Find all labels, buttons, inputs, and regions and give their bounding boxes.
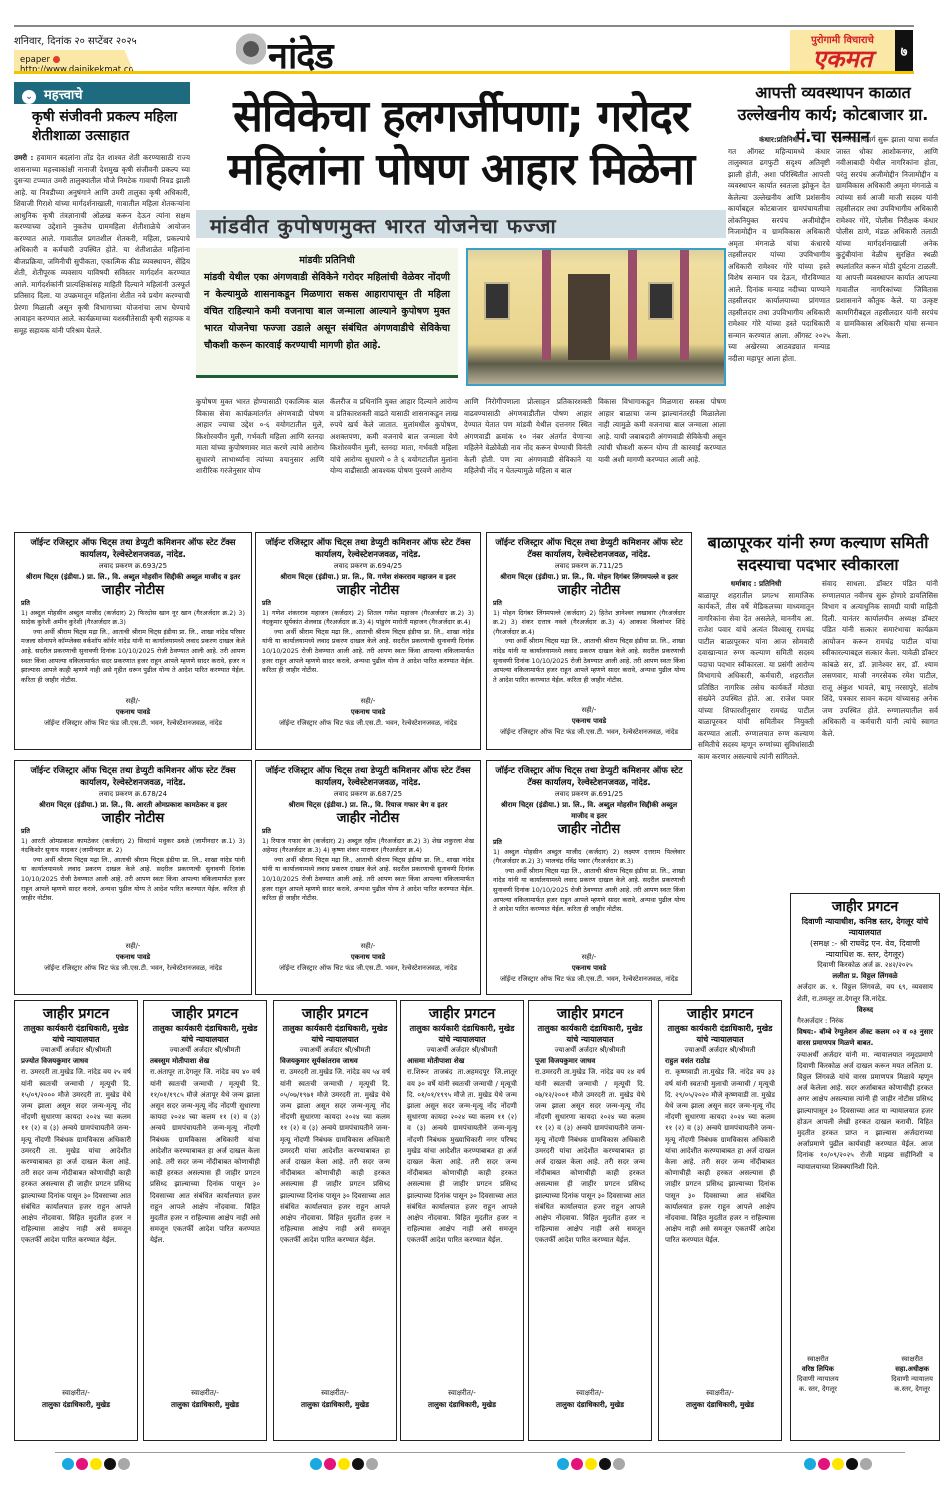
notice-body: रा.शिरूर ताजबंद ता.अहमदपूर जि.लातूर वय ३… (407, 1067, 517, 1387)
notice-prati: प्रति (493, 838, 685, 848)
color-dot-icon (62, 1458, 74, 1470)
notice-applicant: पूजा विजयकुमार जाधव (535, 1056, 645, 1067)
main-intro: मांडवीः प्रतिनिधी मांडवी येथील एका अंगणव… (196, 248, 458, 378)
notice-court: तालुका कार्यकारी दंडाधिकारी, मुखेड यांचे… (150, 1023, 260, 1045)
notice-court: तालुका कार्यकारी दंडाधिकारी, मुखेड यांचे… (535, 1023, 645, 1045)
notice-applicant: तबस्सुम मोतीपाशा शेख (150, 1056, 260, 1067)
color-dot-icon (818, 1458, 830, 1470)
notice-sign: स्वाक्षरीत/- (407, 1387, 517, 1399)
notice-title: जाहीर प्रगटन (280, 1005, 390, 1023)
color-dot-icon (846, 1458, 858, 1470)
sign-title: सहा.अधीक्षक (891, 1364, 933, 1374)
notice-signatory: एकनाथ पावडे (493, 716, 685, 727)
notice-court: तालुका कार्यकारी दंडाधिकारी, मुखेड यांचे… (665, 1023, 775, 1045)
photo-door (568, 274, 610, 360)
notice-signatory: एकनाथ पावडे (262, 707, 474, 718)
cmyk-dots (310, 1458, 378, 1470)
notice-party: श्रीराम चिट्स (इंडीया.) प्रा. लि., वि. अ… (493, 800, 685, 822)
notice-sign: सही/- (493, 705, 685, 716)
notice-applicant: प्रज्योत विजयकुमार जाधव (21, 1056, 131, 1067)
notice-applicant: आसमा मोतीपाशा शेख (407, 1056, 517, 1067)
notice-party: श्रीराम चिट्स (इंडीया.) प्रा. लि., वि. अ… (21, 572, 245, 583)
notice-body: रा.अंतापूर ता.देगलूर जि. नांदेड वय ४० वर… (150, 1067, 260, 1387)
notice-before: (समक्ष :- श्री राघवेंद्र एन. वेव, दिवाणी… (797, 938, 933, 960)
notice-body: रा. उमरदरी ता.मुखेड जि. नांदेड वय ५४ वर्… (280, 1067, 390, 1387)
notice-sign: स्वाक्षरीत/- (280, 1387, 390, 1399)
color-dot-icon (338, 1458, 350, 1470)
masthead-tagline: पुरोगामी विचाराचे (790, 32, 895, 46)
photo-pillar (542, 250, 551, 360)
photo-window (484, 282, 510, 320)
notice-prati: प्रति (262, 827, 474, 837)
notice-party: श्रीराम चिट्स (इंडीया.) प्रा. लि., वि. म… (493, 572, 685, 583)
notice-applicant: अर्जदार क्र. १. विठ्ठल लिंगवळे, वय ६९, व… (797, 982, 933, 1004)
notice-court: तालुका कार्यकारी दंडाधिकारी, मुखेड यांचे… (21, 1023, 131, 1045)
notice-case: लवाद प्रकरण क्र.687/25 (262, 789, 474, 800)
notice-versus: विरुध्द (797, 1005, 933, 1016)
top-rule (14, 25, 914, 27)
color-dot-icon (557, 1458, 569, 1470)
city-emblem-icon (236, 28, 266, 70)
color-dot-icon (310, 1458, 322, 1470)
notice-respondents: 1) रियाज गफार बेग (कर्जदार) 2) अब्दुल रह… (262, 837, 474, 856)
notice-case: लवाद प्रकरण क्र.678/24 (21, 789, 245, 800)
legal-notice: जॉईन्ट रजिस्ट्रार ऑफ चिट्स तथा डेप्युटी … (14, 532, 252, 750)
notice-sign: सही/- (262, 941, 474, 952)
main-dateline: मांडवीः प्रतिनिधी (204, 252, 450, 269)
main-column: आणि निरोगीपणाला प्रोत्साहन प्रतिकारशक्ती… (464, 396, 592, 526)
notice-designation: जॉईन्ट रजिस्ट्रार ऑफ चिट फंड जी.एस.टी. भ… (21, 718, 245, 729)
notice-case: दिवाणी किरकोळ अर्ज क्र. २४२/२०२५ (797, 960, 933, 971)
notice-court: दिवाणी न्यायाधीश, कनिष्ठ स्तर, देगलूर या… (797, 916, 933, 938)
notice-sign: स्वाक्षरीत/- (535, 1387, 645, 1399)
notice-lead: ज्याअर्थी अर्जदार श्री/श्रीमती (407, 1045, 517, 1056)
notice-officer: तालुका दंडाधिकारी, मुखेड (535, 1399, 645, 1411)
main-column: कुपोषण मुक्त भारत होण्यासाठी एकात्मिक बा… (196, 396, 324, 526)
notice-court: तालुका कार्यकारी दंडाधिकारी, मुखेड यांचे… (280, 1023, 390, 1045)
main-intro-text: मांडवी येथील एका अंगणवाडी सेविकेने गरोदर… (204, 272, 450, 351)
notice-signatures: स्वाक्षरीत वरिष्ठ लिपिक दिवाणी न्यायालय … (797, 1354, 933, 1394)
notice-case: लवाद प्रकरण क्र.711/25 (493, 561, 685, 572)
color-dot-icon (571, 1458, 583, 1470)
notice-sign: सही/- (21, 941, 245, 952)
color-dot-icon (366, 1458, 378, 1470)
notice-body: ज्याअर्थी अर्जदार यांनी मा. न्यायालयात न… (797, 1050, 933, 1350)
brief-body: उमरी : हवामान बदलांना तोंड देत शाश्वत शे… (14, 152, 190, 524)
cmyk-dots (804, 1458, 872, 1470)
notice-signatory: एकनाथ पावडे (21, 952, 245, 963)
color-dot-icon (118, 1458, 130, 1470)
color-dot-icon (104, 1458, 116, 1470)
notice-office: जॉईन्ट रजिस्ट्रार ऑफ चिट्स तथा डेप्युटी … (262, 765, 474, 789)
balapur-headline: बाळापूरकर यांनी रुग्ण कल्याण समिती सदस्य… (698, 532, 938, 576)
notice-body: रा. उमरदरी ता.मुखेड जि. नांदेड वय २५ वर्… (21, 1067, 131, 1387)
photo-pillar (628, 250, 637, 360)
public-notice-pragtan: जाहीर प्रगटनतालुका कार्यकारी दंडाधिकारी,… (14, 1000, 138, 1441)
color-dot-icon (804, 1458, 816, 1470)
civil-court-notice: जाहीर प्रगटन दिवाणी न्यायाधीश, कनिष्ठ स्… (790, 893, 940, 1441)
epaper-globe-icon (53, 56, 60, 63)
color-dot-icon (860, 1458, 872, 1470)
page-number: ७ (895, 30, 913, 72)
notice-title: जाहीर प्रगटन (150, 1005, 260, 1023)
notice-title: जाहीर प्रगटन (797, 898, 933, 916)
brief-dateline: उमरी : (14, 153, 33, 162)
public-notice-pragtan: जाहीर प्रगटनतालुका कार्यकारी दंडाधिकारी,… (273, 1000, 397, 1441)
main-body-columns: कुपोषण मुक्त भारत होण्यासाठी एकात्मिक बा… (196, 396, 726, 526)
notice-body: ज्या अर्थी श्रीराम चिट्स मद्रा लि., आताच… (262, 856, 474, 941)
notice-applicant: विजयकुमार सूर्यकांतराव जाधव (280, 1056, 390, 1067)
notice-officer: तालुका दंडाधिकारी, मुखेड (21, 1399, 131, 1411)
notice-title: जाहीर प्रगटन (407, 1005, 517, 1023)
notice-prati: प्रति (262, 599, 474, 609)
notice-office: जॉईन्ट रजिस्ट्रार ऑफ चिट्स तथा डेप्युटी … (493, 537, 685, 561)
chevron-down-icon: ⌄ (22, 90, 36, 104)
public-notice-pragtan: जाहीर प्रगटनतालुका कार्यकारी दंडाधिकारी,… (143, 1000, 267, 1441)
notice-court: तालुका कार्यकारी दंडाधिकारी, मुखेड यांचे… (407, 1023, 517, 1045)
notice-signatory: एकनाथ पावडे (262, 952, 474, 963)
issue-date: शनिवार, दिनांक २० सप्टेंबर २०२५ (14, 33, 137, 47)
notice-office: जॉईन्ट रजिस्ट्रार ऑफ चिट्स तथा डेप्युटी … (493, 765, 685, 789)
anganwadi-photo (466, 248, 726, 386)
right-column: पाण्याचा विसर्ग सुरू झाला याचा सर्वात जा… (836, 134, 938, 526)
notice-prati: प्रति (21, 599, 245, 609)
sign-court: दिवाणी न्यायालय (891, 1374, 933, 1384)
main-column: कॅलरीज व प्रथिनांनि युक्त आहार दिल्याने … (330, 396, 458, 526)
balapur-column-text: बाळापूर शहरातील प्रगल्भ सामाजिक कार्यकर्… (698, 591, 814, 761)
notice-body: ज्या अर्थी श्रीराम चिट्स मद्रा लि., आताच… (493, 637, 685, 705)
notice-respondents: 1) अब्दुल मोहसीन अब्दुल माजीद (कर्जदार) … (493, 848, 685, 867)
notice-case: लवाद प्रकरण क्र.693/25 (21, 561, 245, 572)
legal-notice: जॉईन्ट रजिस्ट्रार ऑफ चिट्स तथा डेप्युटी … (486, 532, 692, 750)
balapur-dateline: धर्माबाद : प्रतिनिधी (698, 578, 814, 590)
notice-officer: तालुका दंडाधिकारी, मुखेड (407, 1399, 517, 1411)
epaper-link[interactable]: epaperhttp://www.dainikekmat.com (14, 50, 134, 72)
notice-signatory: एकनाथ पावडे (21, 707, 245, 718)
notice-office: जॉईन्ट रजिस्ट्रार ऑफ चिट्स तथा डेप्युटी … (21, 765, 245, 789)
notice-office: जॉईन्ट रजिस्ट्रार ऑफ चिट्स तथा डेप्युटी … (21, 537, 245, 561)
public-notice-pragtan: जाहीर प्रगटनतालुका कार्यकारी दंडाधिकारी,… (400, 1000, 524, 1441)
color-dot-icon (599, 1458, 611, 1470)
notice-party: श्रीराम चिट्स (इंडीया.) प्रा. लि., वि. ग… (262, 572, 474, 583)
notice-title: जाहीर प्रगटन (535, 1005, 645, 1023)
color-dot-icon (832, 1458, 844, 1470)
notice-case: लवाद प्रकरण क्र.691/25 (493, 789, 685, 800)
notice-applicant: राहुल वसंत राठोड (665, 1056, 775, 1067)
right-column: कंधार:प्रतिनिधीगत ऑगस्ट महिन्यामध्ये कंध… (728, 134, 830, 526)
masthead: पुरोगामी विचाराचे एकमत (790, 30, 895, 72)
notice-title: जाहीर नोटीस (262, 811, 474, 827)
notice-prati: प्रति (21, 827, 245, 837)
balapur-column: धर्माबाद : प्रतिनिधीबाळापूर शहरातील प्रग… (698, 578, 814, 888)
cmyk-dots (557, 1458, 625, 1470)
notice-respondents: 1) आरती ओमप्रकाश कामठेकर (कर्जदार) 2) सि… (21, 837, 245, 856)
brief-text: हवामान बदलांना तोंड देत शाश्वत शेती करण्… (14, 153, 190, 335)
notice-title: जाहीर नोटीस (21, 811, 245, 827)
balapur-body-columns: धर्माबाद : प्रतिनिधीबाळापूर शहरातील प्रग… (698, 578, 938, 888)
main-column: विकास विभागाकडून मिळणारा सकस पोषण आहार ब… (598, 396, 726, 526)
notice-respondents: 1) अब्दुल मोहसीन अब्दुल माजीद (कर्जदार) … (21, 609, 245, 628)
notice-body: ज्या अर्थी श्रीराम चिट्स मद्रा लि., आताच… (21, 628, 245, 696)
public-notice-pragtan: जाहीर प्रगटनतालुका कार्यकारी दंडाधिकारी,… (528, 1000, 652, 1441)
color-dot-icon (90, 1458, 102, 1470)
photo-window (648, 282, 674, 320)
notice-title: जाहीर नोटीस (262, 583, 474, 599)
notice-lead: ज्याअर्थी अर्जदार श्री/श्रीमती (535, 1045, 645, 1056)
notice-party: श्रीराम चिट्स (इंडीया.) प्रा. लि., वि. र… (262, 800, 474, 811)
notice-subject: विषय:- बॉम्बे रेग्युलेशन ॲक्ट कलम ०२ व ०… (797, 1027, 933, 1049)
right-dateline: कंधार:प्रतिनिधी (728, 134, 830, 146)
registration-rule (55, 1452, 905, 1453)
notice-respondents: 1) गणेश शंकरराव महाजन (कर्जदार) 2) शितल … (262, 609, 474, 628)
photo-pillar (680, 250, 689, 360)
notice-designation: जॉईन्ट रजिस्ट्रार ऑफ चिट फंड जी.एस.टी. भ… (493, 727, 685, 738)
notice-designation: जॉईन्ट रजिस्ट्रार ऑफ चिट फंड जी.एस.टी. भ… (262, 718, 474, 729)
color-dot-icon (76, 1458, 88, 1470)
epaper-label: epaper (20, 55, 50, 65)
notice-body: रा.उमरदरी ता.मुखेड जि. नांदेड वय २४ वर्ष… (535, 1067, 645, 1387)
notice-lead: ज्याअर्थी अर्जदार श्री/श्रीमती (665, 1045, 775, 1056)
notice-office: जॉईन्ट रजिस्ट्रार ऑफ चिट्स तथा डेप्युटी … (262, 537, 474, 561)
legal-notice: जॉईन्ट रजिस्ट्रार ऑफ चिट्स तथा डेप्युटी … (255, 760, 481, 995)
notice-title: जाहीर प्रगटन (21, 1005, 131, 1023)
sign-place: क. स्तर, देगलूर (797, 1384, 839, 1394)
sign-place: क.स्तर, देगलूर (891, 1384, 933, 1394)
cmyk-dots (62, 1458, 130, 1470)
notice-sign: स्वाक्षरीत/- (665, 1387, 775, 1399)
color-dot-icon (585, 1458, 597, 1470)
color-dot-icon (324, 1458, 336, 1470)
balapur-column: संवाद साधला. डॉक्टर पंडित यांनी रुग्णालय… (822, 578, 938, 888)
sign-court: दिवाणी न्यायालय (797, 1374, 839, 1384)
notice-sign: सही/- (21, 696, 245, 707)
masthead-brand: एकमत (790, 46, 895, 72)
notice-signatory: एकनाथ पावडे (493, 963, 685, 974)
right-column-text: गत ऑगस्ट महिन्यामध्ये कंधार तालुक्यात ढग… (728, 147, 830, 363)
notice-body: ज्या अर्थी श्रीराम चिट्स मद्रा लि., आताच… (493, 867, 685, 952)
notice-lead: ज्याअर्थी अर्जदार श्री/श्रीमती (280, 1045, 390, 1056)
notice-body: रा. कृष्णवाडी ता.मुखेड जि. नांदेड वय ३३ … (665, 1067, 775, 1387)
right-body-columns: कंधार:प्रतिनिधीगत ऑगस्ट महिन्यामध्ये कंध… (728, 134, 938, 526)
notice-sign: स्वाक्षरीत/- (21, 1387, 131, 1399)
sign-label: स्वाक्षरीत (797, 1354, 839, 1364)
notice-prati: प्रति (493, 599, 685, 609)
notice-designation: जॉईन्ट रजिस्ट्रार ऑफ चिट फंड जी.एस.टी. भ… (21, 963, 245, 974)
notice-title: जाहीर प्रगटन (665, 1005, 775, 1023)
notice-title: जाहीर नोटीस (21, 583, 245, 599)
notice-respondents: 1) मोहन दिगंबर लिंगमपल्ले (कर्जदार) 2) ह… (493, 609, 685, 638)
section-badge-label: महत्त्वाचे (44, 88, 83, 103)
section-badge: ⌄महत्त्वाचे (14, 82, 190, 104)
notice-lead: ज्याअर्थी अर्जदार श्री/श्रीमती (150, 1045, 260, 1056)
notice-officer: तालुका दंडाधिकारी, मुखेड (280, 1399, 390, 1411)
notice-party: श्रीराम चिट्स (इंडीया.) प्रा. लि., वि. आ… (21, 800, 245, 811)
legal-notice: जॉईन्ट रजिस्ट्रार ऑफ चिट्स तथा डेप्युटी … (255, 532, 481, 750)
sign-label: स्वाक्षरीत (891, 1354, 933, 1364)
legal-notice: जॉईन्ट रजिस्ट्रार ऑफ चिट्स तथा डेप्युटी … (486, 760, 692, 995)
notice-respondent: गैरअर्जदार : निरंक (797, 1016, 933, 1027)
notice-designation: जॉईन्ट रजिस्ट्रार ऑफ चिट फंड जी.एस.टी. भ… (493, 974, 685, 985)
notice-case: लवाद प्रकरण क्र.694/25 (262, 561, 474, 572)
signature-right: स्वाक्षरीत सहा.अधीक्षक दिवाणी न्यायालय क… (891, 1354, 933, 1394)
notice-officer: तालुका दंडाधिकारी, मुखेड (665, 1399, 775, 1411)
notice-body: ज्या अर्थी श्रीराम चिट्स मद्रा लि., आताच… (21, 856, 245, 941)
notice-sign: स्वाक्षरीत/- (150, 1387, 260, 1399)
notice-body: ज्या अर्थी श्रीराम चिट्स मद्रा लि., आताच… (262, 628, 474, 696)
notice-party: ललीता प्र. विठ्ठल लिंगवळे (797, 971, 933, 982)
legal-notice: जॉईन्ट रजिस्ट्रार ऑफ चिट्स तथा डेप्युटी … (14, 760, 252, 995)
public-notice-pragtan: जाहीर प्रगटनतालुका कार्यकारी दंडाधिकारी,… (658, 1000, 782, 1441)
notice-title: जाहीर नोटीस (493, 822, 685, 838)
main-subheadline: मांडवीत कुपोषणमुक्त भारत योजनेचा फज्जा (196, 210, 726, 238)
main-headline: सेविकेचा हलगर्जीपणा; गरोदर महिलांना पोषण… (196, 90, 726, 196)
color-dot-icon (613, 1458, 625, 1470)
header-rule (14, 71, 914, 74)
notice-sign: सही/- (493, 952, 685, 963)
notice-officer: तालुका दंडाधिकारी, मुखेड (150, 1399, 260, 1411)
color-dot-icon (352, 1458, 364, 1470)
notice-designation: जॉईन्ट रजिस्ट्रार ऑफ चिट फंड जी.एस.टी. भ… (262, 963, 474, 974)
notice-title: जाहीर नोटीस (493, 583, 685, 599)
brief-headline: कृषी संजीवनी प्रकल्प महिला शेतीशाळा उत्स… (32, 108, 192, 146)
notice-lead: ज्याअर्थी अर्जदार श्री/श्रीमती (21, 1045, 131, 1056)
signature-left: स्वाक्षरीत वरिष्ठ लिपिक दिवाणी न्यायालय … (797, 1354, 839, 1394)
notice-sign: सही/- (262, 696, 474, 707)
sign-title: वरिष्ठ लिपिक (797, 1364, 839, 1374)
